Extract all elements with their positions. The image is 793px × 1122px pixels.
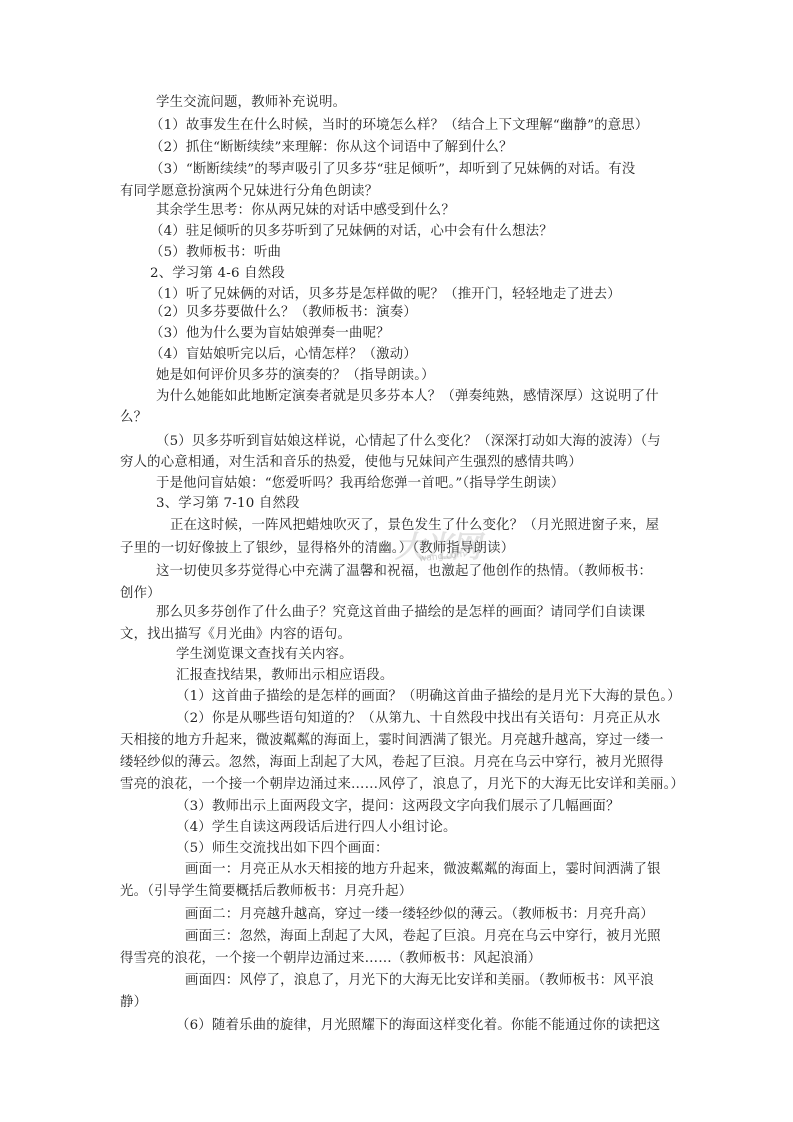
text-line: （5）贝多芬听到盲姑娘这样说，心情起了什么变化？（深深打动如大海的波涛）（与: [156, 433, 661, 451]
text-line: （5）师生交流找出如下四个画面：: [176, 840, 389, 858]
text-line: 画面一：月亮正从水天相接的地方升起来，微波粼粼的海面上，霎时间洒满了银: [185, 861, 661, 879]
text-line: 天相接的地方升起来，微波粼粼的海面上，霎时间洒满了银光。月亮越升越高，穿过一缕一: [120, 732, 664, 750]
text-line: 子里的一切好像披上了银纱，显得格外的清幽。）（教师指导朗读）: [120, 540, 514, 558]
text-line: 她是如何评价贝多芬的演奏的？（指导朗读。）: [156, 367, 435, 385]
text-line: （2）贝多芬要做什么？（教师板书：演奏）: [150, 304, 417, 322]
text-line: 穷人的心意相通，对生活和音乐的热爱，使他与兄妹间产生强烈的感情共鸣）: [120, 454, 582, 472]
text-line: （1）这首曲子描绘的是怎样的画面？（明确这首曲子描绘的是月光下大海的景色。）: [176, 688, 681, 706]
text-line: 么？: [120, 409, 147, 427]
text-line: 有同学愿意扮演两个兄妹进行分角色朗读？: [120, 183, 378, 201]
text-line: 汇报查找结果，教师出示相应语段。: [176, 667, 393, 685]
text-line: （2）抓住“断断续续”来理解：你从这个词语中了解到什么？: [150, 139, 513, 157]
text-line: 3、学习第 7-10 自然段: [156, 495, 300, 513]
text-line: 其余学生思考：你从两兄妹的对话中感受到什么？: [156, 202, 455, 220]
text-line: （1）故事发生在什么时候，当时的环境怎么样？（结合上下文理解“幽静”的意思）: [150, 117, 648, 135]
text-line: （4）学生自读这两段话后进行四人小组讨论。: [176, 819, 457, 837]
text-line: （6）随着乐曲的旋律，月光照耀下的海面这样变化着。你能不能通过你的读把这: [176, 1017, 660, 1035]
text-line: （1）听了兄妹俩的对话，贝多芬是怎样做的呢？（推开门，轻轻地走了进去）: [150, 286, 621, 304]
text-line: （5）教师板书：听曲: [150, 244, 281, 262]
text-line: 正在这时候，一阵风把蜡烛吹灭了，景色发生了什么变化？（月光照进窗子来，屋: [170, 517, 659, 535]
text-line: 静）: [120, 994, 147, 1012]
text-line: （2）你是从哪些语句知道的？（从第九、十自然段中找出有关语句：月亮正从水: [176, 710, 660, 728]
text-line: 画面二：月亮越升越高，穿过一缕一缕轻纱似的薄云。（教师板书：月亮升高）: [185, 906, 654, 924]
text-line: （3）“断断续续”的琴声吸引了贝多芬“驻足倾听”，却听到了兄妹俩的对话。有没: [150, 161, 635, 179]
text-line: 为什么她能如此地断定演奏者就是贝多芬本人？（弹奏纯熟，感情深厚）这说明了什: [156, 388, 659, 406]
text-line: 画面四：风停了，浪息了，月光下的大海无比安详和美丽。（教师板书：风平浪: [185, 972, 654, 990]
text-line: 2、学习第 4-6 自然段: [150, 265, 285, 283]
text-line: 于是他问盲姑娘：“您爱听吗？我再给您弹一首吧。”（指导学生朗读）: [156, 475, 564, 493]
text-line: 缕轻纱似的薄云。忽然，海面上刮起了大风，卷起了巨浪。月亮在乌云中穿行，被月光照得: [120, 754, 664, 772]
document-page: 学生交流问题，教师补充说明。（1）故事发生在什么时候，当时的环境怎么样？（结合上…: [0, 0, 793, 1122]
text-line: 学生浏览课文查找有关内容。: [176, 646, 353, 664]
text-line: （4）盲姑娘听完以后，心情怎样？（激动）: [150, 346, 417, 364]
text-line: 文，找出描写《月光曲》内容的语句。: [120, 626, 351, 644]
text-line: 得雪亮的浪花，一个接一个朝岸边涌过来……（教师板书：风起浪涌）: [120, 950, 541, 968]
text-line: 雪亮的浪花，一个接一个朝岸边涌过来……风停了，浪息了，月光下的大海无比安详和美丽…: [120, 776, 684, 794]
text-line: 光。（引导学生简要概括后教师板书：月亮升起）: [120, 883, 412, 901]
text-line: 画面三：忽然，海面上刮起了大风，卷起了巨浪。月亮在乌云中穿行，被月光照: [185, 928, 661, 946]
text-line: 学生交流问题，教师补充说明。: [156, 94, 346, 112]
text-line: （3）教师出示上面两段文字，提问：这两段文字向我们展示了几幅画面？: [176, 798, 620, 816]
text-line: 这一切使贝多芬觉得心中充满了温馨和祝福，也激起了他创作的热情。（教师板书：: [156, 563, 652, 581]
text-line: （3）他为什么要为盲姑娘弹奏一曲呢？: [150, 325, 390, 343]
text-line: 创作）: [120, 585, 161, 603]
text-line: 那么贝多芬创作了什么曲子？究竟这首曲子描绘的是怎样的画面？请同学们自读课: [156, 604, 645, 622]
text-line: （4）驻足倾听的贝多芬听到了兄妹俩的对话，心中会有什么想法？: [150, 223, 553, 241]
